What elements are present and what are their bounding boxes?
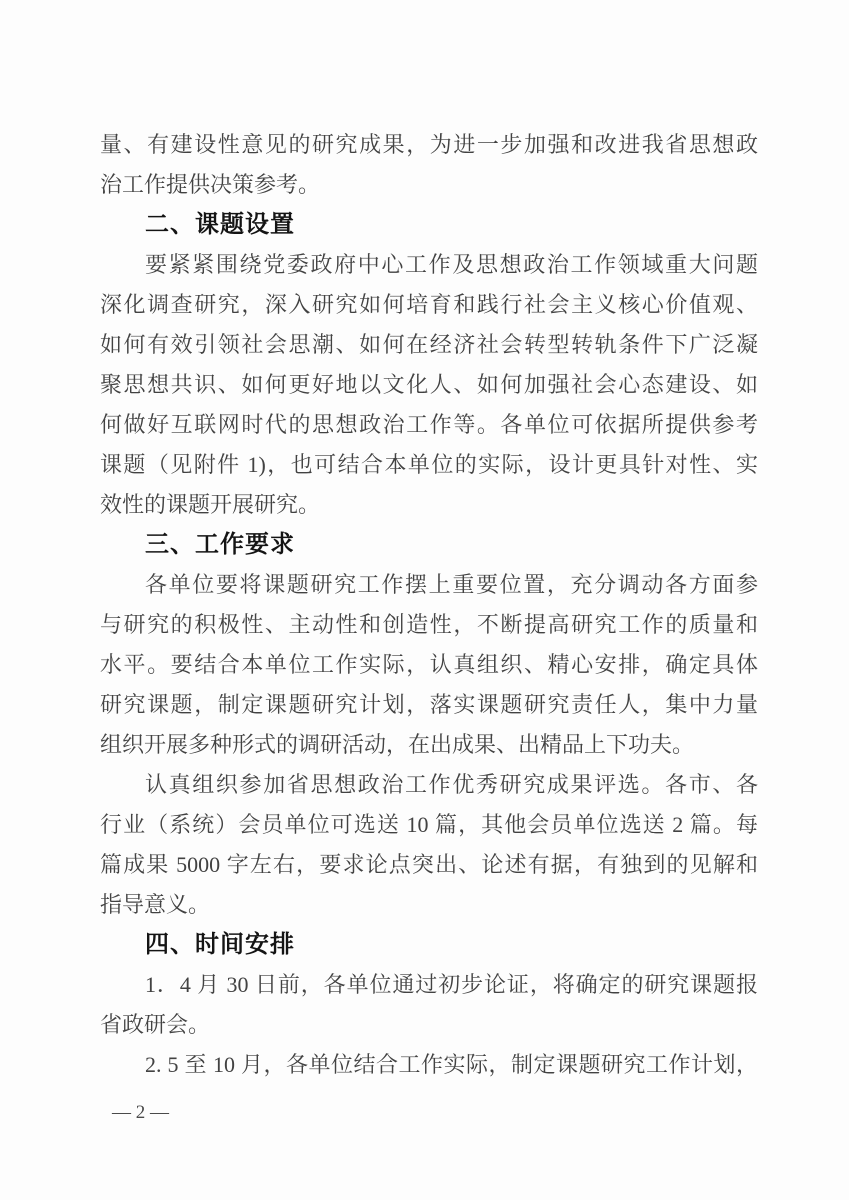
body-text-line: 如何有效引领社会思潮、如何在经济社会转型转轨条件下广泛凝 xyxy=(100,325,758,365)
body-text-line: 各单位要将课题研究工作摆上重要位置，充分调动各方面参 xyxy=(100,565,758,605)
body-text-line: 认真组织参加省思想政治工作优秀研究成果评选。各市、各 xyxy=(100,765,758,805)
body-text-line: 2. 5 至 10 月，各单位结合工作实际，制定课题研究工作计划， xyxy=(100,1045,758,1085)
body-text-line: 聚思想共识、如何更好地以文化人、如何加强社会心态建设、如 xyxy=(100,365,758,405)
body-text-line: 与研究的积极性、主动性和创造性，不断提高研究工作的质量和 xyxy=(100,605,758,645)
page-number: — 2 — xyxy=(112,1099,169,1127)
document-page: 量、有建设性意见的研究成果，为进一步加强和改进我省思想政治工作提供决策参考。二、… xyxy=(0,0,849,1200)
section-heading: 二、课题设置 xyxy=(100,205,758,245)
body-text-line: 水平。要结合本单位工作实际，认真组织、精心安排，确定具体 xyxy=(100,645,758,685)
body-text-line: 治工作提供决策参考。 xyxy=(100,165,758,205)
body-text-line: 要紧紧围绕党委政府中心工作及思想政治工作领域重大问题 xyxy=(100,245,758,285)
body-text-line: 课题（见附件 1)，也可结合本单位的实际，设计更具针对性、实 xyxy=(100,445,758,485)
body-text-line: 研究课题，制定课题研究计划，落实课题研究责任人，集中力量 xyxy=(100,685,758,725)
body-text-line: 量、有建设性意见的研究成果，为进一步加强和改进我省思想政 xyxy=(100,125,758,165)
body-text-line: 1．4 月 30 日前，各单位通过初步论证，将确定的研究课题报 xyxy=(100,965,758,1005)
document-body: 量、有建设性意见的研究成果，为进一步加强和改进我省思想政治工作提供决策参考。二、… xyxy=(100,125,758,1085)
body-text-line: 省政研会。 xyxy=(100,1005,758,1045)
body-text-line: 行业（系统）会员单位可选送 10 篇，其他会员单位选送 2 篇。每 xyxy=(100,805,758,845)
body-text-line: 指导意义。 xyxy=(100,885,758,925)
body-text-line: 何做好互联网时代的思想政治工作等。各单位可依据所提供参考 xyxy=(100,405,758,445)
body-text-line: 效性的课题开展研究。 xyxy=(100,485,758,525)
body-text-line: 组织开展多种形式的调研活动，在出成果、出精品上下功夫。 xyxy=(100,725,758,765)
body-text-line: 深化调查研究，深入研究如何培育和践行社会主义核心价值观、 xyxy=(100,285,758,325)
section-heading: 三、工作要求 xyxy=(100,525,758,565)
section-heading: 四、时间安排 xyxy=(100,925,758,965)
body-text-line: 篇成果 5000 字左右，要求论点突出、论述有据，有独到的见解和 xyxy=(100,845,758,885)
